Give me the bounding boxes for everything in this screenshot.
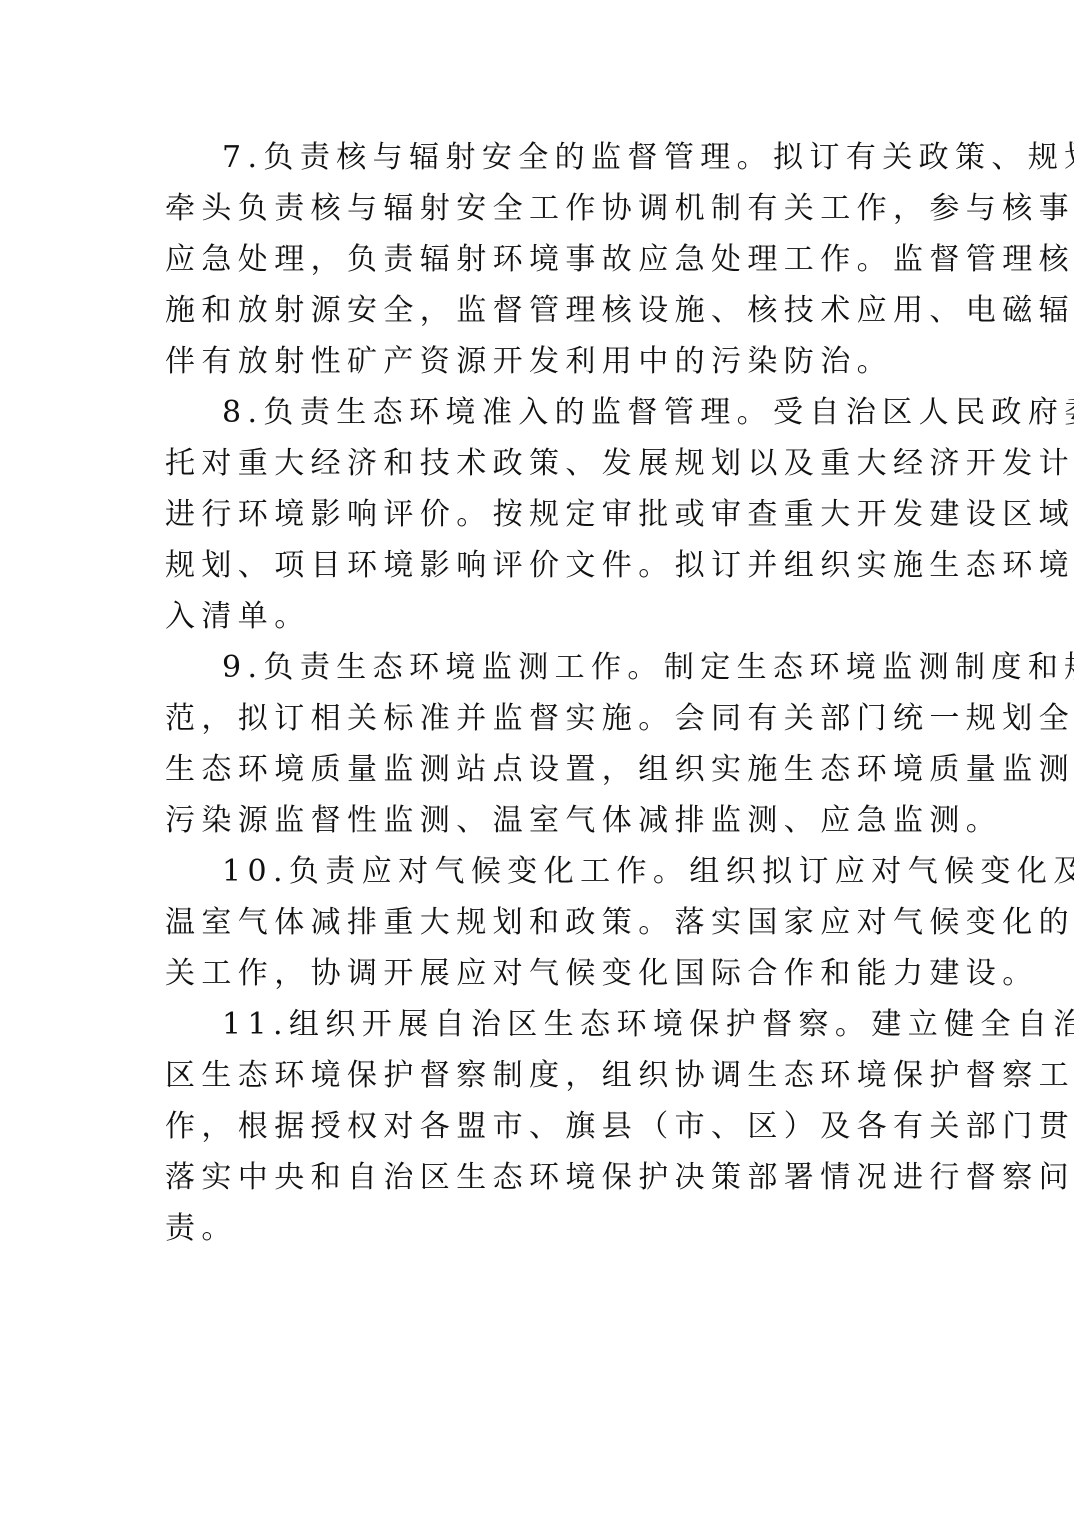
text-line: 施和放射源安全，监督管理核设施、核技术应用、电磁辐射、 bbox=[165, 285, 925, 336]
text-line: 污染源监督性监测、温室气体减排监测、应急监测。 bbox=[165, 795, 925, 846]
text-line: 生态环境质量监测站点设置，组织实施生态环境质量监测、 bbox=[165, 744, 925, 795]
text-line: 作，根据授权对各盟市、旗县（市、区）及各有关部门贯彻 bbox=[165, 1101, 925, 1152]
document-page: 7.负责核与辐射安全的监督管理。拟订有关政策、规划， 牵头负责核与辐射安全工作协… bbox=[165, 132, 925, 1254]
text-line: 进行环境影响评价。按规定审批或审查重大开发建设区域、 bbox=[165, 489, 925, 540]
paragraph-10: 10.负责应对气候变化工作。组织拟订应对气候变化及 温室气体减排重大规划和政策。… bbox=[165, 846, 925, 999]
text-line: 应急处理，负责辐射环境事故应急处理工作。监督管理核设 bbox=[165, 234, 925, 285]
text-line: 温室气体减排重大规划和政策。落实国家应对气候变化的相 bbox=[165, 897, 925, 948]
text-line: 关工作，协调开展应对气候变化国际合作和能力建设。 bbox=[165, 948, 925, 999]
text-line: 牵头负责核与辐射安全工作协调机制有关工作，参与核事故 bbox=[165, 183, 925, 234]
text-line: 责。 bbox=[165, 1203, 925, 1254]
text-line: 范，拟订相关标准并监督实施。会同有关部门统一规划全区 bbox=[165, 693, 925, 744]
text-line: 落实中央和自治区生态环境保护决策部署情况进行督察问 bbox=[165, 1152, 925, 1203]
paragraph-11: 11.组织开展自治区生态环境保护督察。建立健全自治 区生态环境保护督察制度，组织… bbox=[165, 999, 925, 1254]
text-line: 11.组织开展自治区生态环境保护督察。建立健全自治 bbox=[165, 999, 925, 1050]
text-line: 7.负责核与辐射安全的监督管理。拟订有关政策、规划， bbox=[165, 132, 925, 183]
text-line: 9.负责生态环境监测工作。制定生态环境监测制度和规 bbox=[165, 642, 925, 693]
paragraph-7: 7.负责核与辐射安全的监督管理。拟订有关政策、规划， 牵头负责核与辐射安全工作协… bbox=[165, 132, 925, 387]
text-line: 入清单。 bbox=[165, 591, 925, 642]
text-line: 规划、项目环境影响评价文件。拟订并组织实施生态环境准 bbox=[165, 540, 925, 591]
text-line: 托对重大经济和技术政策、发展规划以及重大经济开发计划 bbox=[165, 438, 925, 489]
paragraph-8: 8.负责生态环境准入的监督管理。受自治区人民政府委 托对重大经济和技术政策、发展… bbox=[165, 387, 925, 642]
text-line: 8.负责生态环境准入的监督管理。受自治区人民政府委 bbox=[165, 387, 925, 438]
text-line: 区生态环境保护督察制度，组织协调生态环境保护督察工 bbox=[165, 1050, 925, 1101]
paragraph-9: 9.负责生态环境监测工作。制定生态环境监测制度和规 范，拟订相关标准并监督实施。… bbox=[165, 642, 925, 846]
text-line: 伴有放射性矿产资源开发利用中的污染防治。 bbox=[165, 336, 925, 387]
text-line: 10.负责应对气候变化工作。组织拟订应对气候变化及 bbox=[165, 846, 925, 897]
